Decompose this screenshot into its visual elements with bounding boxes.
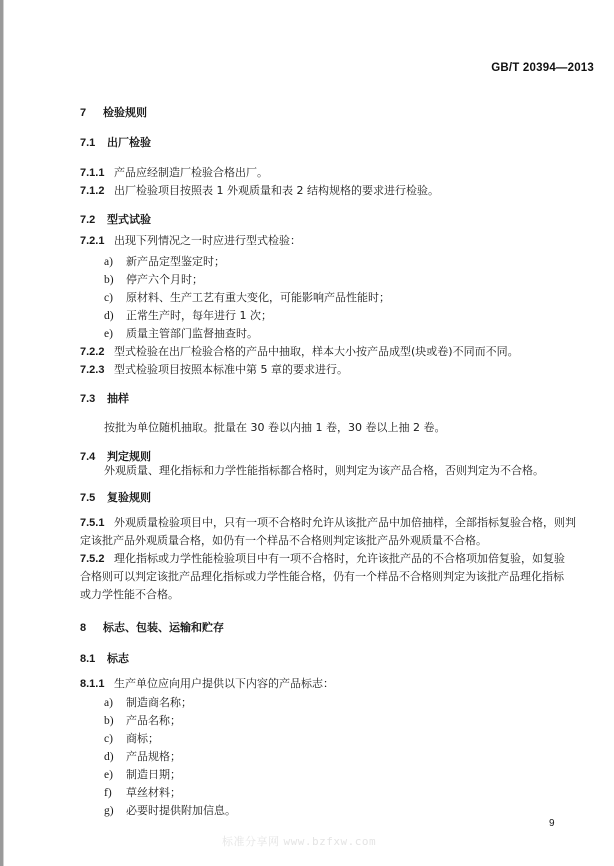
item-letter: g) xyxy=(104,804,126,818)
list-item: c)原材料、生产工艺有重大变化，可能影响产品性能时； xyxy=(104,291,390,305)
item-letter: d) xyxy=(104,750,126,764)
section-8-heading: 8标志、包装、运输和贮存 xyxy=(80,621,224,635)
watermark-text: 标准分享网 xyxy=(222,835,280,848)
clause-number: 8.1.1 xyxy=(80,677,114,691)
item-text: 制造商名称； xyxy=(126,696,192,709)
item-letter: b) xyxy=(104,714,126,728)
clause-number: 7.2.1 xyxy=(80,234,114,248)
list-item: b)产品名称； xyxy=(104,714,181,728)
list-item: f)草丝材料； xyxy=(104,786,181,800)
section-number: 7.3 xyxy=(80,392,107,406)
clause-7-1-2: 7.1.2出厂检验项目按照表 1 外观质量和表 2 结构规格的要求进行检验。 xyxy=(80,184,439,198)
clause-text: 外观质量检验项目中，只有一项不合格时允许从该批产品中加倍抽样，全部指标复验合格，… xyxy=(114,516,576,529)
clause-text: 型式检验项目按照本标准中第 5 章的要求进行。 xyxy=(114,363,348,376)
list-item: d)产品规格； xyxy=(104,750,181,764)
item-letter: c) xyxy=(104,732,126,746)
clause-7-5-1: 7.5.1外观质量检验项目中，只有一项不合格时允许从该批产品中加倍抽样，全部指标… xyxy=(80,516,576,530)
item-letter: d) xyxy=(104,309,126,323)
section-7-3-text: 按批为单位随机抽取。批量在 30 卷以内抽 1 卷，30 卷以上抽 2 卷。 xyxy=(104,421,445,435)
clause-text: 生产单位应向用户提供以下内容的产品标志： xyxy=(114,677,334,690)
section-title: 复验规则 xyxy=(107,491,151,504)
clause-8-1-1: 8.1.1生产单位应向用户提供以下内容的产品标志： xyxy=(80,677,334,691)
clause-7-2-1: 7.2.1出现下列情况之一时应进行型式检验： xyxy=(80,234,301,248)
clause-7-5-2-cont: 合格则可以判定该批产品理化指标或力学性能合格，仍有一个样品不合格则判定为该批产品… xyxy=(80,570,564,584)
clause-text: 产品应经制造厂检验合格出厂。 xyxy=(114,166,268,179)
item-letter: a) xyxy=(104,255,126,269)
clause-number: 7.5.1 xyxy=(80,516,114,530)
section-title: 标志 xyxy=(107,652,129,665)
section-7-3-heading: 7.3抽样 xyxy=(80,392,129,406)
list-item: e)质量主管部门监督抽查时。 xyxy=(104,327,258,341)
section-7-4-text: 外观质量、理化指标和力学性能指标都合格时，则判定为该产品合格，否则判定为不合格。 xyxy=(104,464,544,478)
page-number: 9 xyxy=(549,818,555,829)
list-item: b)停产六个月时； xyxy=(104,273,203,287)
section-number: 7.1 xyxy=(80,136,107,150)
section-7-2-heading: 7.2型式试验 xyxy=(80,213,151,227)
item-letter: c) xyxy=(104,291,126,305)
list-item: c)商标； xyxy=(104,732,159,746)
clause-7-1-1: 7.1.1产品应经制造厂检验合格出厂。 xyxy=(80,166,268,180)
section-7-heading: 7检验规则 xyxy=(80,106,147,120)
section-title: 抽样 xyxy=(107,392,129,405)
list-item: e)制造日期； xyxy=(104,768,181,782)
clause-text: 理化指标或力学性能检验项目中有一项不合格时，允许该批产品的不合格项加倍复验，如复… xyxy=(114,552,565,565)
item-text: 正常生产时，每年进行 1 次； xyxy=(126,309,272,322)
section-number: 8 xyxy=(80,621,103,635)
item-text: 新产品定型鉴定时； xyxy=(126,255,225,268)
section-number: 7.4 xyxy=(80,450,107,464)
section-title: 出厂检验 xyxy=(107,136,151,149)
clause-7-5-2: 7.5.2理化指标或力学性能检验项目中有一项不合格时，允许该批产品的不合格项加倍… xyxy=(80,552,565,566)
section-number: 8.1 xyxy=(80,652,107,666)
clause-number: 7.1.1 xyxy=(80,166,114,180)
clause-7-5-2-cont: 或力学性能不合格。 xyxy=(80,588,179,602)
item-text: 产品名称； xyxy=(126,714,181,727)
item-letter: a) xyxy=(104,696,126,710)
item-letter: e) xyxy=(104,768,126,782)
clause-text: 出现下列情况之一时应进行型式检验： xyxy=(114,234,301,247)
item-text: 必要时提供附加信息。 xyxy=(126,804,236,817)
item-text: 质量主管部门监督抽查时。 xyxy=(126,327,258,340)
item-text: 商标； xyxy=(126,732,159,745)
section-title: 判定规则 xyxy=(107,450,151,463)
section-number: 7.2 xyxy=(80,213,107,227)
clause-7-2-3: 7.2.3型式检验项目按照本标准中第 5 章的要求进行。 xyxy=(80,363,348,377)
standard-number: GB/T 20394—2013 xyxy=(491,62,594,74)
section-7-1-heading: 7.1出厂检验 xyxy=(80,136,151,150)
section-title: 标志、包装、运输和贮存 xyxy=(103,621,224,634)
list-item: a)新产品定型鉴定时； xyxy=(104,255,225,269)
clause-number: 7.2.3 xyxy=(80,363,114,377)
section-number: 7 xyxy=(80,106,103,120)
clause-number: 7.2.2 xyxy=(80,345,114,359)
item-text: 产品规格； xyxy=(126,750,181,763)
clause-text: 型式检验在出厂检验合格的产品中抽取，样本大小按产品成型(块或卷)不同而不同。 xyxy=(114,345,519,358)
section-7-4-heading: 7.4判定规则 xyxy=(80,450,151,464)
section-8-1-heading: 8.1标志 xyxy=(80,652,129,666)
clause-7-5-1-cont: 定该批产品外观质量合格，如仍有一个样品不合格则判定该批产品外观质量不合格。 xyxy=(80,534,487,548)
section-title: 检验规则 xyxy=(103,106,147,119)
clause-number: 7.1.2 xyxy=(80,184,114,198)
clause-7-2-2: 7.2.2型式检验在出厂检验合格的产品中抽取，样本大小按产品成型(块或卷)不同而… xyxy=(80,345,519,359)
watermark-url: www.bzfxw.com xyxy=(284,835,377,848)
item-letter: b) xyxy=(104,273,126,287)
list-item: d)正常生产时，每年进行 1 次； xyxy=(104,309,272,323)
item-letter: e) xyxy=(104,327,126,341)
section-7-5-heading: 7.5复验规则 xyxy=(80,491,151,505)
item-text: 停产六个月时； xyxy=(126,273,203,286)
list-item: a)制造商名称； xyxy=(104,696,192,710)
item-text: 制造日期； xyxy=(126,768,181,781)
clause-number: 7.5.2 xyxy=(80,552,114,566)
list-item: g)必要时提供附加信息。 xyxy=(104,804,236,818)
item-text: 草丝材料； xyxy=(126,786,181,799)
watermark: 标准分享网 www.bzfxw.com xyxy=(222,833,376,849)
item-text: 原材料、生产工艺有重大变化，可能影响产品性能时； xyxy=(126,291,390,304)
clause-text: 出厂检验项目按照表 1 外观质量和表 2 结构规格的要求进行检验。 xyxy=(114,184,439,197)
section-number: 7.5 xyxy=(80,491,107,505)
section-title: 型式试验 xyxy=(107,213,151,226)
page-edge-shadow xyxy=(3,0,4,866)
item-letter: f) xyxy=(104,786,126,800)
